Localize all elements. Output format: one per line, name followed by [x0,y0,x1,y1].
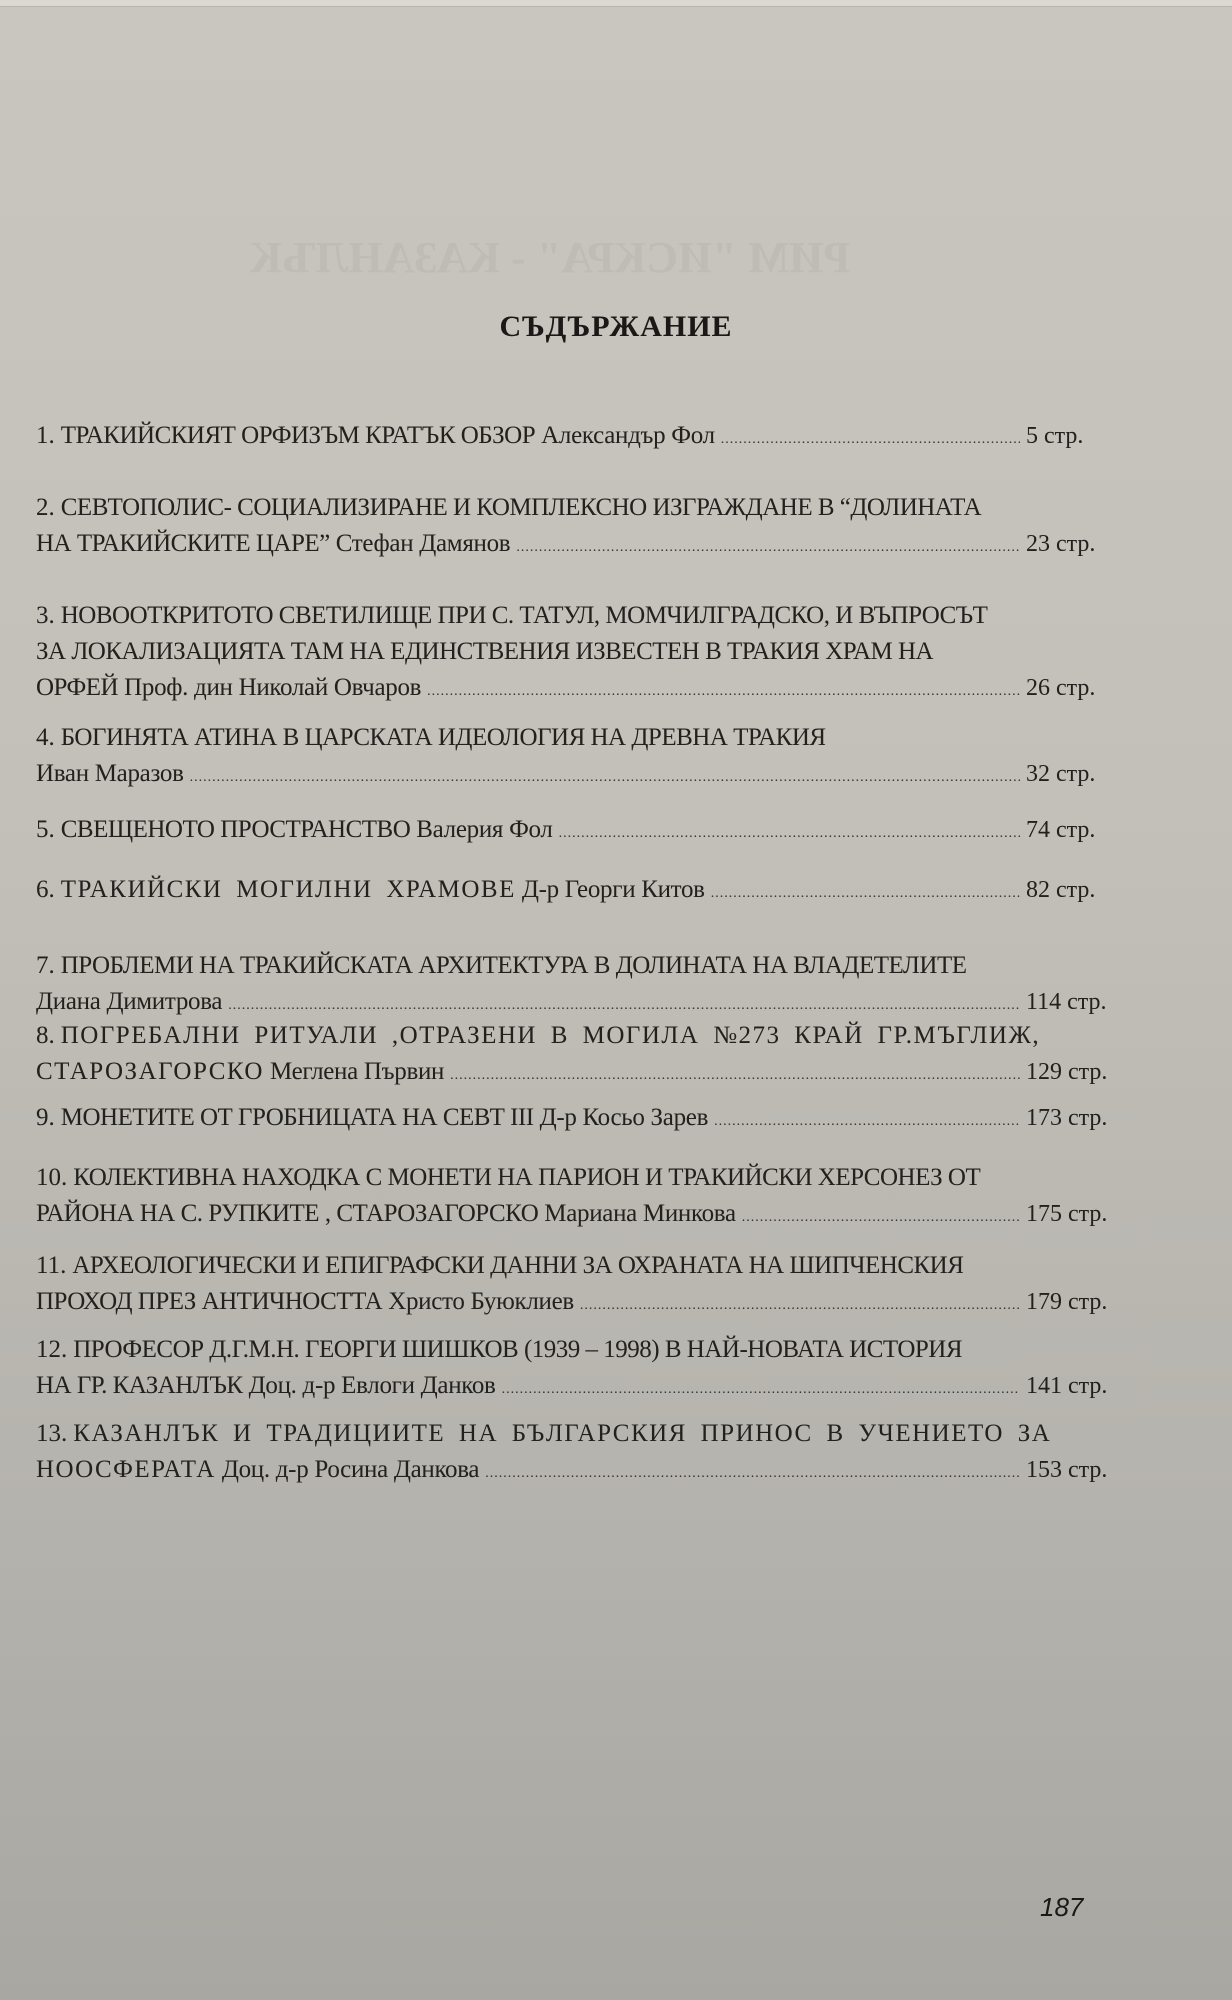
entry-number: 2. [36,490,55,526]
entry-number: 12. [36,1332,67,1368]
dot-leader [721,418,1020,458]
entry-title: НООСФЕРАТА [36,1452,216,1488]
toc-entry-line: 2.СЕВТОПОЛИС- СОЦИАЛИЗИРАНЕ И КОМПЛЕКСНО… [36,490,1126,526]
entry-title: НА ГР. КАЗАНЛЪК [36,1368,243,1404]
entry-title: СТАРОЗАГОРСКО [36,1054,264,1090]
toc-entry: 1.ТРАКИЙСКИЯТ ОРФИЗЪМ КРАТЪК ОБЗОРАлекса… [36,418,1126,458]
entry-title: ПОГРЕБАЛНИ РИТУАЛИ ,ОТРАЗЕНИ В МОГИЛА №2… [61,1018,1040,1054]
entry-title: АРХЕОЛОГИЧЕСКИ И ЕПИГРАФСКИ ДАННИ ЗА ОХР… [72,1248,963,1284]
entry-number: 11. [36,1248,66,1284]
entry-title: РАЙОНА НА С. РУПКИТЕ , СТАРОЗАГОРСКО [36,1196,538,1232]
entry-title: СЕВТОПОЛИС- СОЦИАЛИЗИРАНЕ И КОМПЛЕКСНО И… [61,490,982,526]
entry-page: 141 стр. [1026,1368,1126,1404]
entry-number: 5. [36,812,55,848]
toc-entry-line: Иван Маразов32 стр. [36,756,1126,796]
entry-page: 82 стр. [1026,872,1126,908]
entry-author: Христо Буюклиев [388,1284,574,1320]
toc-entry-line: РАЙОНА НА С. РУПКИТЕ , СТАРОЗАГОРСКОМари… [36,1196,1126,1236]
entry-author: Александър Фол [541,418,715,454]
dot-leader [742,1196,1020,1236]
entry-author: Диана Димитрова [36,984,222,1020]
toc-entry-line: НА ГР. КАЗАНЛЪКДоц. д-р Евлоги Данков141… [36,1368,1126,1408]
entry-page: 179 стр. [1026,1284,1126,1320]
entry-page: 23 стр. [1026,526,1126,562]
entry-number: 6. [36,872,55,908]
toc-entry: 9.МОНЕТИТЕ ОТ ГРОБНИЦАТА НА СЕВТ IIIД-р … [36,1100,1126,1140]
entry-title: ТРАКИЙСКИЯТ ОРФИЗЪМ КРАТЪК ОБЗОР [61,418,535,454]
dot-leader [485,1452,1020,1492]
entry-number: 7. [36,948,55,984]
dot-leader [559,812,1020,852]
entry-author: Иван Маразов [36,756,184,792]
toc-entry: 10.КОЛЕКТИВНА НАХОДКА С МОНЕТИ НА ПАРИОН… [36,1160,1126,1236]
entry-title: ЗА ЛОКАЛИЗАЦИЯТА ТАМ НА ЕДИНСТВЕНИЯ ИЗВЕ… [36,634,933,670]
toc-entry: 5.СВЕЩЕНОТО ПРОСТРАНСТВОВалерия Фол74 ст… [36,812,1126,852]
toc-entry: 13.КАЗАНЛЪК И ТРАДИЦИИТЕ НА БЪЛГАРСКИЯ П… [36,1416,1126,1492]
entry-page: 153 стр. [1026,1452,1126,1488]
entry-page: 173 стр. [1026,1100,1126,1136]
entry-title: МОНЕТИТЕ ОТ ГРОБНИЦАТА НА СЕВТ III [61,1100,534,1136]
toc-entry: 11.АРХЕОЛОГИЧЕСКИ И ЕПИГРАФСКИ ДАННИ ЗА … [36,1248,1126,1324]
entry-author: Доц. д-р Росина Данкова [222,1452,479,1488]
entry-title: ПРОБЛЕМИ НА ТРАКИЙСКАТА АРХИТЕКТУРА В ДО… [61,948,967,984]
entry-title: ТРАКИЙСКИ МОГИЛНИ ХРАМОВЕ [61,872,516,908]
entry-number: 9. [36,1100,55,1136]
page-title: СЪДЪРЖАНИЕ [0,310,1232,344]
toc-entry-line: НООСФЕРАТАДоц. д-р Росина Данкова153 стр… [36,1452,1126,1492]
toc-entry-line: 1.ТРАКИЙСКИЯТ ОРФИЗЪМ КРАТЪК ОБЗОРАлекса… [36,418,1126,458]
entry-page: 32 стр. [1026,756,1126,792]
entry-page: 114 стр. [1026,984,1126,1020]
toc-entry: 3.НОВООТКРИТОТО СВЕТИЛИЩЕ ПРИ С. ТАТУЛ, … [36,598,1126,710]
dot-leader [580,1284,1020,1324]
toc-entry-line: ПРОХОД ПРЕЗ АНТИЧНОСТТАХристо Буюклиев17… [36,1284,1126,1324]
entry-page: 26 стр. [1026,670,1126,706]
dot-leader [714,1100,1020,1140]
entry-author: Доц. д-р Евлоги Данков [249,1368,496,1404]
toc-entry-line: 13.КАЗАНЛЪК И ТРАДИЦИИТЕ НА БЪЛГАРСКИЯ П… [36,1416,1126,1452]
toc-entry-line: СТАРОЗАГОРСКОМеглена Първин129 стр. [36,1054,1126,1094]
dot-leader [427,670,1020,710]
toc-entry: 8.ПОГРЕБАЛНИ РИТУАЛИ ,ОТРАЗЕНИ В МОГИЛА … [36,1018,1126,1094]
toc-entry-line: 11.АРХЕОЛОГИЧЕСКИ И ЕПИГРАФСКИ ДАННИ ЗА … [36,1248,1126,1284]
entry-author: Меглена Първин [270,1054,444,1090]
toc-entry-line: 5.СВЕЩЕНОТО ПРОСТРАНСТВОВалерия Фол74 ст… [36,812,1126,852]
entry-author: Д-р Косьо Зарев [540,1100,708,1136]
entry-number: 4. [36,720,55,756]
toc-entry: 7.ПРОБЛЕМИ НА ТРАКИЙСКАТА АРХИТЕКТУРА В … [36,948,1126,1024]
entry-author: Валерия Фол [416,812,552,848]
toc-entry-line: ОРФЕЙПроф. дин Николай Овчаров26 стр. [36,670,1126,710]
entry-title: ПРОФЕСОР Д.Г.М.Н. ГЕОРГИ ШИШКОВ (1939 – … [73,1332,962,1368]
entry-author: Д-р Георги Китов [522,872,705,908]
page-top-edge [0,0,1232,7]
entry-author: Мариана Минкова [544,1196,735,1232]
toc-entry: 12.ПРОФЕСОР Д.Г.М.Н. ГЕОРГИ ШИШКОВ (1939… [36,1332,1126,1408]
entry-title: ПРОХОД ПРЕЗ АНТИЧНОСТТА [36,1284,382,1320]
toc-entry: 2.СЕВТОПОЛИС- СОЦИАЛИЗИРАНЕ И КОМПЛЕКСНО… [36,490,1126,566]
page-number: 187 [1040,1892,1083,1923]
toc-entry-line: ЗА ЛОКАЛИЗАЦИЯТА ТАМ НА ЕДИНСТВЕНИЯ ИЗВЕ… [36,634,1126,670]
toc-entry-line: 7.ПРОБЛЕМИ НА ТРАКИЙСКАТА АРХИТЕКТУРА В … [36,948,1126,984]
entry-author: Стефан Дамянов [336,526,511,562]
toc-entry-line: 4.БОГИНЯТА АТИНА В ЦАРСКАТА ИДЕОЛОГИЯ НА… [36,720,1126,756]
entry-title: СВЕЩЕНОТО ПРОСТРАНСТВО [61,812,411,848]
entry-number: 8. [36,1018,55,1054]
entry-page: 129 стр. [1026,1054,1126,1090]
toc-entry-line: 12.ПРОФЕСОР Д.Г.М.Н. ГЕОРГИ ШИШКОВ (1939… [36,1332,1126,1368]
entry-number: 13. [36,1416,67,1452]
dot-leader [516,526,1020,566]
entry-title: КАЗАНЛЪК И ТРАДИЦИИТЕ НА БЪЛГАРСКИЯ ПРИН… [73,1416,1051,1452]
entry-number: 3. [36,598,55,634]
entry-page: 175 стр. [1026,1196,1126,1232]
entry-author: Проф. дин Николай Овчаров [124,670,421,706]
entry-title: КОЛЕКТИВНА НАХОДКА С МОНЕТИ НА ПАРИОН И … [73,1160,980,1196]
dot-leader [711,872,1020,912]
toc-entry-line: 8.ПОГРЕБАЛНИ РИТУАЛИ ,ОТРАЗЕНИ В МОГИЛА … [36,1018,1126,1054]
entry-title: НА ТРАКИЙСКИТЕ ЦАРЕ” [36,526,330,562]
toc-entry-line: НА ТРАКИЙСКИТЕ ЦАРЕ”Стефан Дамянов23 стр… [36,526,1126,566]
entry-title: НОВООТКРИТОТО СВЕТИЛИЩЕ ПРИ С. ТАТУЛ, МО… [61,598,988,634]
toc-entry-line: 9.МОНЕТИТЕ ОТ ГРОБНИЦАТА НА СЕВТ IIIД-р … [36,1100,1126,1140]
bleed-through-text: РИМ "ИСКРА" - КАЗАНЛЪК [250,232,850,283]
toc-entry: 6.ТРАКИЙСКИ МОГИЛНИ ХРАМОВЕД-р Георги Ки… [36,872,1126,912]
toc-entry-line: 10.КОЛЕКТИВНА НАХОДКА С МОНЕТИ НА ПАРИОН… [36,1160,1126,1196]
entry-page: 74 стр. [1026,812,1126,848]
toc-entry-line: 3.НОВООТКРИТОТО СВЕТИЛИЩЕ ПРИ С. ТАТУЛ, … [36,598,1126,634]
toc-entry-line: 6.ТРАКИЙСКИ МОГИЛНИ ХРАМОВЕД-р Георги Ки… [36,872,1126,912]
entry-title: ОРФЕЙ [36,670,118,706]
entry-page: 5 стр. [1026,418,1126,454]
dot-leader [190,756,1020,796]
entry-title: БОГИНЯТА АТИНА В ЦАРСКАТА ИДЕОЛОГИЯ НА Д… [61,720,826,756]
dot-leader [450,1054,1020,1094]
entry-number: 10. [36,1160,67,1196]
toc-entry: 4.БОГИНЯТА АТИНА В ЦАРСКАТА ИДЕОЛОГИЯ НА… [36,720,1126,796]
entry-number: 1. [36,418,55,454]
dot-leader [502,1368,1020,1408]
